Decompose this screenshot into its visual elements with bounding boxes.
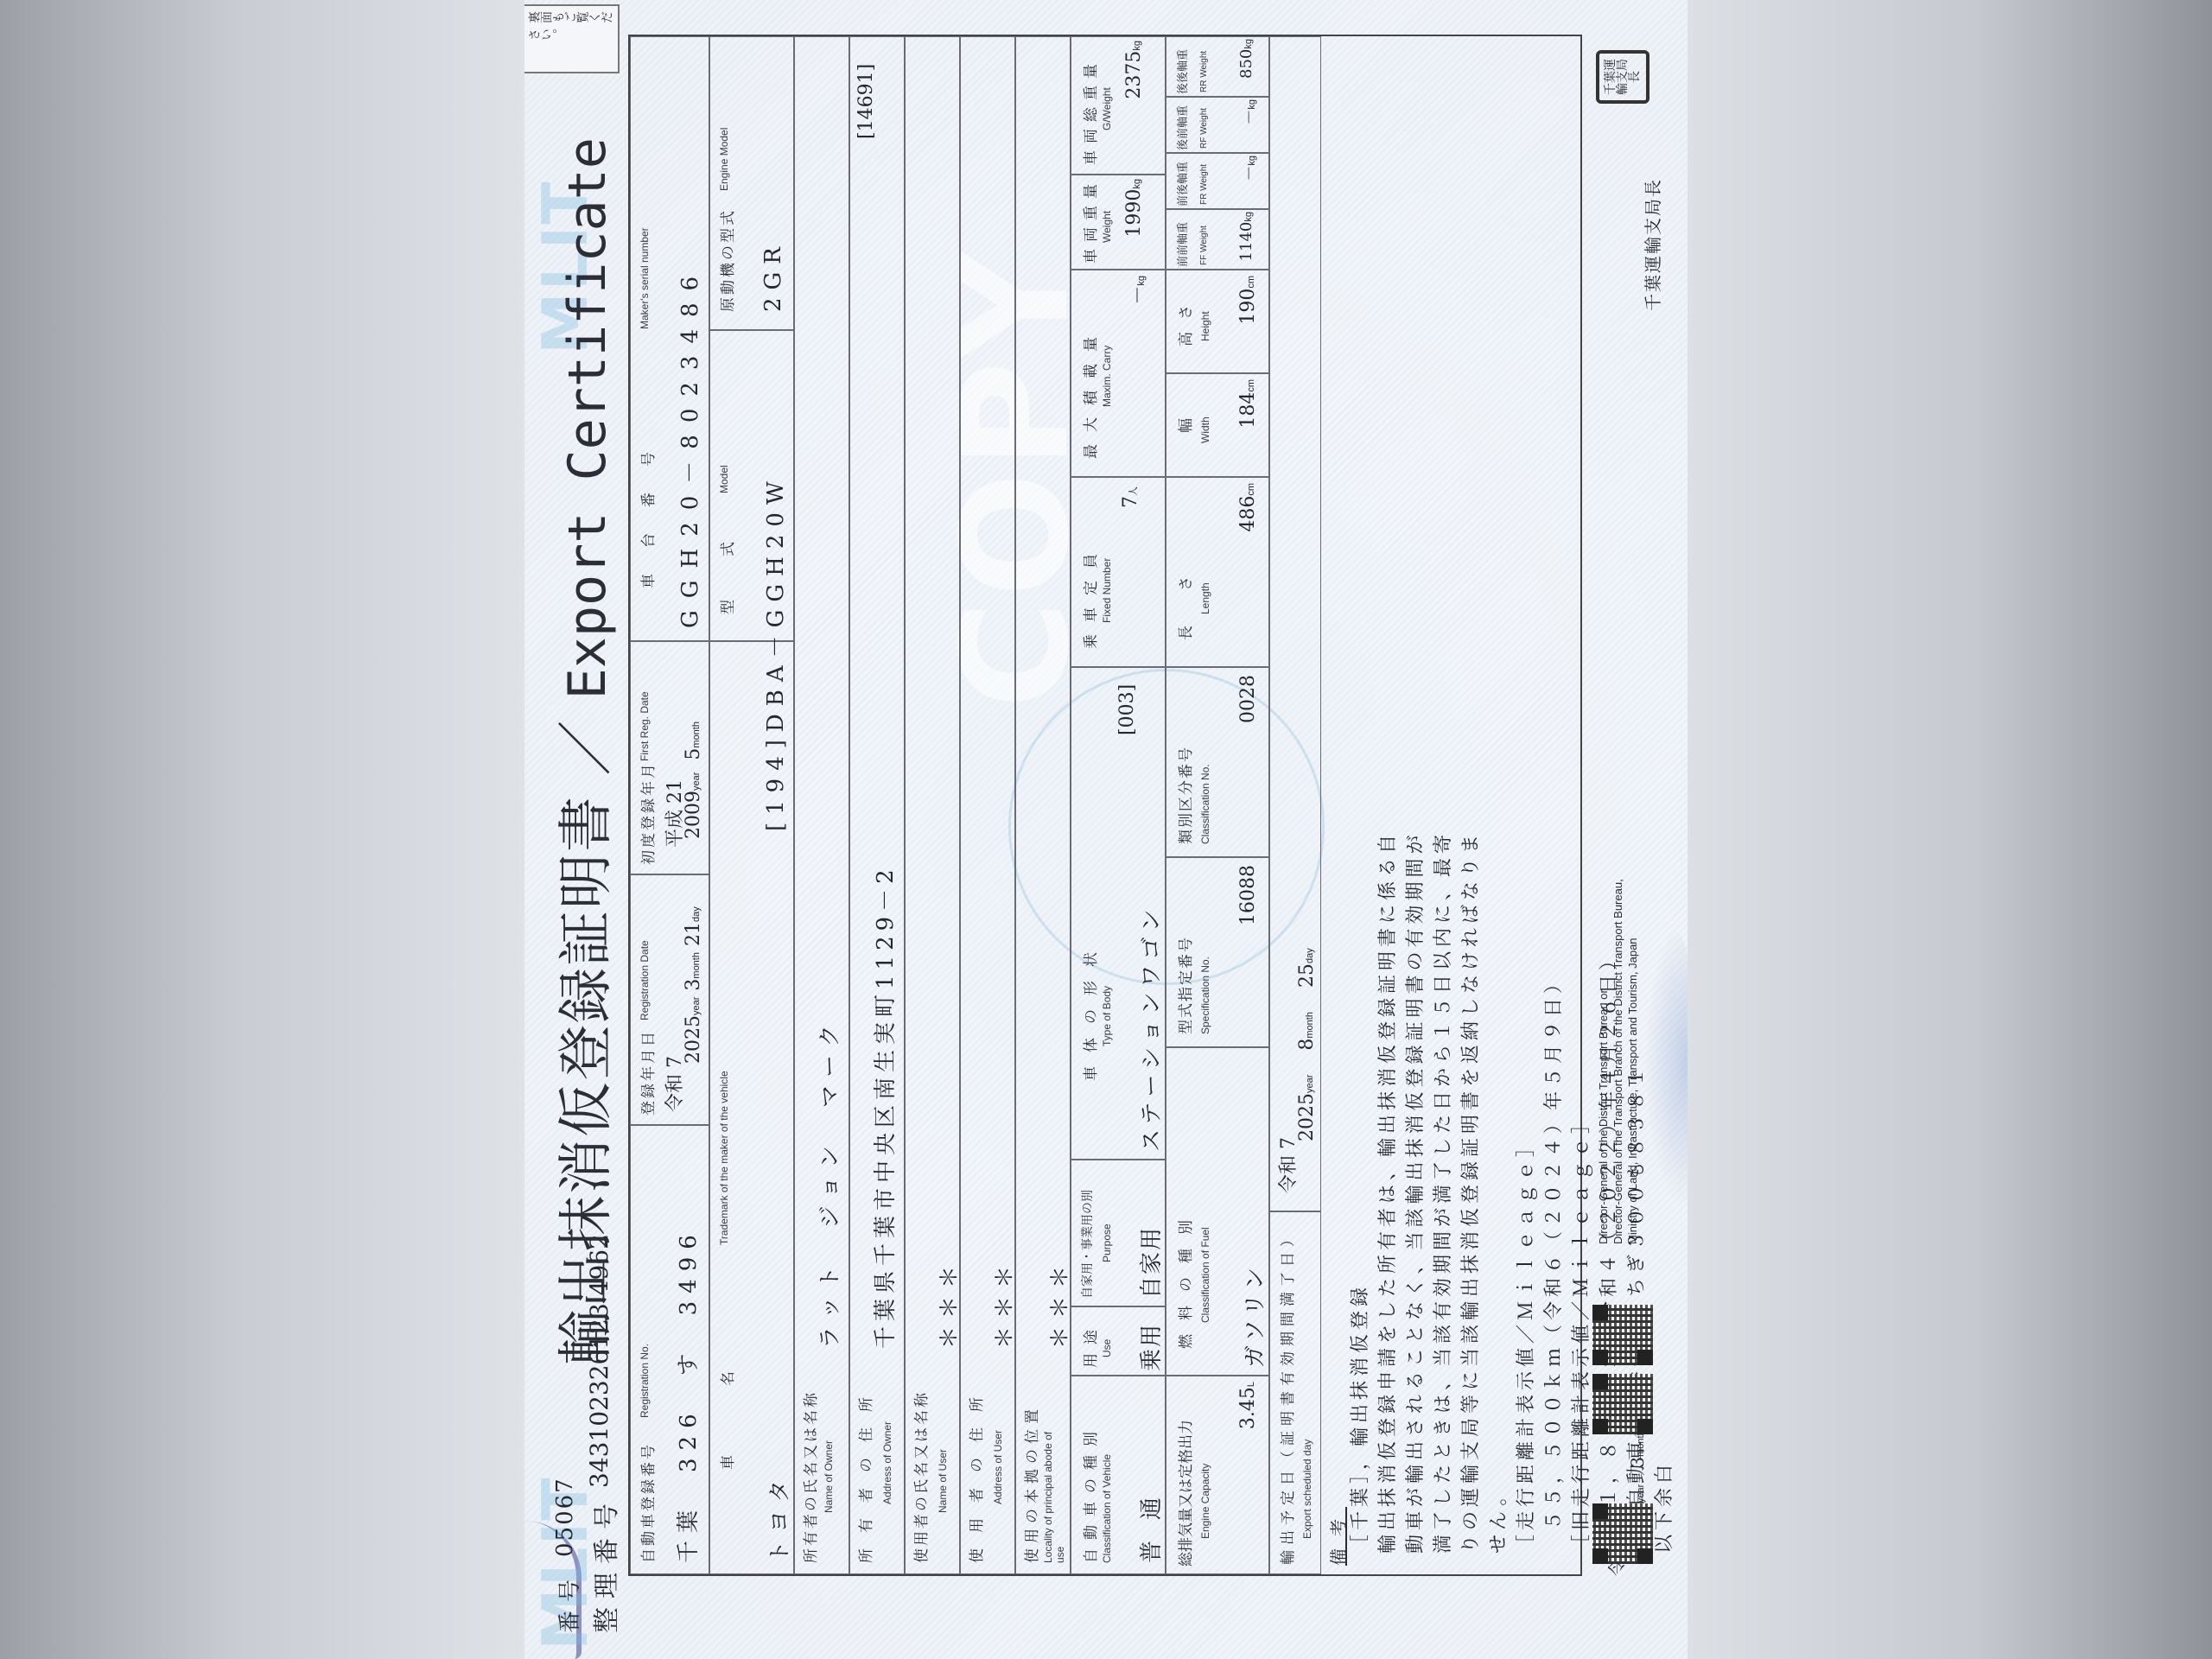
label-en: Registration No. <box>639 1344 651 1418</box>
unit: kg <box>1243 39 1254 49</box>
label: 後後軸重 <box>1173 49 1190 94</box>
label: 車名 <box>715 1302 737 1470</box>
class-no-value: 0028 <box>1237 675 1259 723</box>
year: 2009 <box>683 791 704 839</box>
unit: kg <box>1132 41 1142 51</box>
label: 所有者の住所 <box>854 1382 875 1563</box>
label: 車両総重量 <box>1078 57 1100 165</box>
value: 7 <box>1120 496 1141 508</box>
label: 初度登録年月 <box>636 761 658 865</box>
document-title: 輸出抹消仮登録証明書 ／ Export Certificate <box>542 137 621 1365</box>
label-en: RR Weight <box>1199 51 1209 92</box>
label-en: Type of Body <box>1101 986 1113 1046</box>
unit: year <box>691 997 702 1015</box>
label: 自動車の種別 <box>1078 1423 1100 1563</box>
engine-model-cell: 原動機の型式 Engine Model 2GR <box>709 36 794 330</box>
unit: kg <box>1132 179 1142 189</box>
engine-capacity-cell: 総排気量又は定格出力 Engine Capacity 3.45L <box>1166 1376 1269 1574</box>
gross-weight-value: 2375kg <box>1123 41 1145 99</box>
label: 用途 <box>1078 1321 1100 1368</box>
export-date-cell: 令和 7 2025year 8month 25day <box>1269 36 1321 1211</box>
height-cell: 高さ Height 190cm <box>1166 270 1269 373</box>
month: 3 <box>683 979 704 991</box>
label: 乗車定員 <box>1078 542 1100 649</box>
label-en: Use <box>1101 1339 1113 1357</box>
unit: month <box>691 952 702 979</box>
first-reg-date-cell: 初度登録年月 First Reg. Date 平成 21 2009year 5m… <box>630 641 709 874</box>
label-en: Trademark of the maker of the vehicle <box>718 1071 730 1245</box>
weight-value: 1990kg <box>1123 179 1145 238</box>
certificate-number: 番号05067 <box>552 1571 584 1633</box>
reference-number: 整理番号343102326123 4962 <box>585 1495 623 1633</box>
label: 所有者の氏名又は名称 <box>798 1390 820 1563</box>
label-en: Classification of Vehicle <box>1101 1454 1113 1563</box>
registration-no-value: 千葉 326 す 3496 <box>671 1227 702 1563</box>
label-en: Width <box>1199 416 1211 443</box>
day: 25 <box>1296 963 1318 988</box>
unit: month <box>1305 1012 1315 1039</box>
value: － <box>1241 166 1259 181</box>
weight-cell: 車両重量 Weight 1990kg <box>1071 175 1166 270</box>
label: 車両重量 <box>1078 177 1100 264</box>
month: 5 <box>683 748 704 760</box>
label-en: Height <box>1199 311 1211 341</box>
fixed-number-cell: 乗車定員 Fixed Number 7人 <box>1071 477 1166 667</box>
unit: kg <box>1136 276 1147 286</box>
length-cell: 長さ Length 486cm <box>1166 477 1269 667</box>
purpose-cell: 自家用・事業用の別 Purpose 自家用 <box>1071 1160 1166 1306</box>
vehicle-class-value: 普通 <box>1134 1477 1166 1563</box>
body-type-value: ステーションワゴン <box>1134 905 1166 1152</box>
qr-code-icon[interactable] <box>1592 1374 1653 1434</box>
label: 型式 <box>715 499 737 614</box>
label: 前前軸重 <box>1173 222 1190 267</box>
label: 原動機の型式 <box>715 208 737 312</box>
issuer-jp: 千葉運輸支局長 <box>1639 178 1664 311</box>
label: 登録年月日 <box>636 1029 658 1116</box>
label: 車台番号 <box>636 426 658 588</box>
export-date-value: 2025year 8month 25day <box>1296 948 1318 1141</box>
export-certificate-document: MLIT MLIT COPY 番号05067 整理番号343102326123 … <box>524 0 1688 1659</box>
label-en: Export scheduled day <box>1301 1440 1313 1539</box>
fixed-number-value: 7人 <box>1120 486 1141 508</box>
class-no-cell: 類別区分番号 Classification No. 0028 <box>1166 667 1269 857</box>
document-viewport: MLIT MLIT COPY 番号05067 整理番号343102326123 … <box>524 0 1688 1659</box>
spec-no-cell: 型式指定番号 Specification No. 16088 <box>1166 857 1269 1047</box>
engine-capacity-value: 3.45L <box>1237 1382 1259 1429</box>
owner-address-cell: 所有者の住所 Address of Owner 千葉県千葉市中央区南生実町112… <box>849 36 905 1574</box>
export-date-label-cell: 輸出予定日（証明書有効期間満了日） Export scheduled day <box>1269 1211 1321 1574</box>
label: 高さ <box>1173 293 1195 346</box>
label: 使用者の住所 <box>964 1382 986 1563</box>
height-value: 190cm <box>1237 276 1259 325</box>
label-en: Length <box>1199 582 1211 614</box>
registration-date-value: 2025year 3month 21day <box>683 906 704 1064</box>
unit: 人 <box>1128 486 1139 496</box>
fuel-value: ガソリン <box>1237 1264 1269 1368</box>
owner-address-code: [14691] <box>855 64 877 139</box>
use-cell: 用途 Use 乗用 <box>1071 1306 1166 1376</box>
title-en: Export Certificate <box>557 137 618 699</box>
locality-value: ＊＊＊ <box>1042 1258 1074 1349</box>
label: 総排気量又は定格出力 <box>1173 1420 1195 1567</box>
unit: cm <box>1246 379 1256 392</box>
fr-weight-cell: 前後軸重 FR Weight －kg <box>1166 153 1269 209</box>
unit: day <box>691 906 702 922</box>
max-carry-value: －kg <box>1123 276 1150 305</box>
label: 輸出予定日（証明書有効期間満了日） <box>1275 1227 1297 1565</box>
value: － <box>1128 286 1149 305</box>
value: 1140 <box>1237 222 1255 262</box>
fr-weight-value: －kg <box>1237 156 1260 181</box>
unit: kg <box>1243 212 1254 222</box>
reference-label: 整理番号 <box>592 1495 622 1633</box>
label: 型式指定番号 <box>1173 936 1195 1034</box>
owner-name-cell: 所有者の氏名又は名称 Name of Owner ラット ジョン マーク <box>794 36 849 1574</box>
length-value: 486cm <box>1237 483 1259 532</box>
title-separator: ／ <box>555 719 619 776</box>
registration-date-cell: 登録年月日 Registration Date 令和 7 2025year 3m… <box>630 874 709 1125</box>
background-blur-left <box>0 0 524 1659</box>
label-en: FF Weight <box>1199 226 1209 265</box>
width-cell: 幅 Width 184cm <box>1166 373 1269 477</box>
label: 燃料の種別 <box>1173 1206 1195 1349</box>
year: 2025 <box>1296 1093 1318 1141</box>
label: 後前軸重 <box>1173 105 1190 150</box>
label: 幅 <box>1173 416 1195 433</box>
rr-weight-value: 850kg <box>1237 39 1255 79</box>
rf-weight-value: －kg <box>1237 99 1260 125</box>
value: 184 <box>1237 392 1259 429</box>
qr-code-icon[interactable] <box>1592 1305 1653 1365</box>
width-value: 184cm <box>1237 379 1259 429</box>
label-en: Model <box>718 465 730 493</box>
label-en: First Reg. Date <box>639 691 651 761</box>
max-carry-cell: 最大積載量 Maxim. Carry －kg <box>1071 270 1166 477</box>
label: 車体の形状 <box>1078 938 1100 1081</box>
purpose-value: 自家用 <box>1134 1226 1166 1299</box>
registration-no-cell: 自動車登録番号 Registration No. 千葉 326 す 3496 <box>630 1125 709 1574</box>
user-name-value: ＊＊＊ <box>931 1258 963 1349</box>
user-address-value: ＊＊＊ <box>987 1258 1019 1349</box>
serial-number-cell: 車台番号 Maker's serial number GGH20－8023486 <box>630 36 709 641</box>
maker-value: トヨタ <box>762 1472 794 1563</box>
label-en: Address of Owner <box>881 1421 893 1504</box>
ff-weight-cell: 前前軸重 FF Weight 1140kg <box>1166 209 1269 270</box>
unit: month <box>691 721 702 748</box>
era-value: 令和 7 <box>1274 1137 1300 1193</box>
label: 使用者の氏名又は名称 <box>909 1390 931 1563</box>
owner-address-value: 千葉県千葉市中央区南生実町1129－2 <box>868 864 899 1349</box>
remarks-cell: 備考 ［千葉］，輸出抹消仮登録 輸出抹消仮登録申請をした所有者は、輸出抹消仮登録… <box>1321 36 1579 1574</box>
label-en: Fixed Number <box>1101 558 1113 623</box>
month: 8 <box>1296 1039 1318 1051</box>
use-value: 乗用 <box>1134 1323 1166 1371</box>
fuel-cell: 燃料の種別 Classification of Fuel ガソリン <box>1166 1047 1269 1376</box>
certificate-form-grid: 自動車登録番号 Registration No. 千葉 326 す 3496 登… <box>628 35 1582 1576</box>
label-en: Registration Date <box>639 940 651 1020</box>
rr-weight-cell: 後後軸重 RR Weight 850kg <box>1166 36 1269 97</box>
model-value: [194]DBA－GGH20W <box>758 474 790 831</box>
unit: cm <box>1246 276 1256 289</box>
spec-no-value: 16088 <box>1237 865 1259 925</box>
label-en: RF Weight <box>1199 108 1209 149</box>
title-jp: 輸出抹消仮登録証明書 <box>555 795 619 1365</box>
qr-code-icon[interactable] <box>1592 1503 1653 1564</box>
unit: L <box>1246 1382 1256 1387</box>
value: 1990 <box>1123 189 1145 238</box>
label-en: Address of User <box>992 1430 1004 1504</box>
official-seal-icon: 千葉運輸支局長 <box>1596 50 1649 104</box>
year: 2025 <box>683 1015 704 1064</box>
serial-number-value: GGH20－8023486 <box>672 264 704 628</box>
ff-weight-value: 1140kg <box>1237 212 1255 261</box>
body-type-code: [003] <box>1116 684 1138 735</box>
label-en: Maxim. Carry <box>1101 346 1113 407</box>
label: 自家用・事業用の別 <box>1078 1190 1096 1299</box>
label: 前後軸重 <box>1173 162 1190 207</box>
number-label: 番号 <box>557 1571 583 1633</box>
unit: year <box>1636 1484 1646 1503</box>
reverse-side-note: 裏面もご覧ください。 <box>524 4 620 73</box>
background-blur-right <box>1688 0 2212 1659</box>
unit: cm <box>1246 483 1256 496</box>
user-name-cell: 使用者の氏名又は名称 Name of User ＊＊＊ <box>905 36 960 1574</box>
value: 486 <box>1237 496 1259 532</box>
value: 3.45 <box>1237 1387 1259 1429</box>
number-value: 05067 <box>552 1477 578 1557</box>
gross-weight-cell: 車両総重量 G/Weight 2375kg <box>1071 36 1166 175</box>
owner-name-value: ラット ジョン マーク <box>812 1017 844 1349</box>
label: 使用の本拠の位置 <box>1020 1404 1041 1563</box>
label: 類別区分番号 <box>1173 746 1195 844</box>
user-address-cell: 使用者の住所 Address of User ＊＊＊ <box>960 36 1015 1574</box>
first-reg-date-value: 2009year 5month <box>683 721 704 839</box>
label-en: Purpose <box>1101 1224 1113 1262</box>
label: 自動車登録番号 <box>636 1442 658 1563</box>
label-en: Engine Capacity <box>1199 1464 1211 1539</box>
label-en: FR Weight <box>1199 164 1209 205</box>
label-en: Maker's serial number <box>639 227 651 329</box>
label-en: Name of Owner <box>823 1440 835 1513</box>
label: 最大積載量 <box>1078 325 1100 459</box>
value: 190 <box>1237 289 1259 325</box>
unit: day <box>1305 948 1315 963</box>
label-en: Engine Model <box>718 128 730 191</box>
month: 3 <box>1627 1457 1648 1468</box>
unit: kg <box>1247 99 1257 110</box>
unit: kg <box>1247 156 1257 166</box>
label: 長さ <box>1173 542 1195 640</box>
day: 21 <box>683 922 704 946</box>
value: 2375 <box>1123 51 1145 99</box>
label-en: Classification of Fuel <box>1199 1227 1211 1323</box>
label-en: Locality of principal abode of use <box>1042 1425 1066 1563</box>
label-en: G/Weight <box>1101 87 1113 130</box>
value: － <box>1241 110 1259 125</box>
label-en: Classification No. <box>1199 764 1211 844</box>
body-type-cell: 車体の形状 Type of Body ステーションワゴン [003] <box>1071 667 1166 1160</box>
locality-cell: 使用の本拠の位置 Locality of principal abode of … <box>1015 36 1071 1574</box>
unit: year <box>691 772 702 791</box>
unit: year <box>1305 1075 1315 1093</box>
engine-model-value: 2GR <box>760 239 786 312</box>
label-en: Weight <box>1101 211 1113 243</box>
remarks-label: 備考 <box>1325 1507 1350 1566</box>
vehicle-class-cell: 自動車の種別 Classification of Vehicle 普通 <box>1071 1376 1166 1574</box>
value: 850 <box>1237 49 1255 79</box>
rf-weight-cell: 後前軸重 RF Weight －kg <box>1166 97 1269 153</box>
issuer-en: Director-General of the District Transpo… <box>1596 879 1640 1244</box>
label-en: Specification No. <box>1199 957 1211 1034</box>
label-en: Name of User <box>937 1449 949 1513</box>
era-value: 令和 7 <box>660 1056 687 1112</box>
